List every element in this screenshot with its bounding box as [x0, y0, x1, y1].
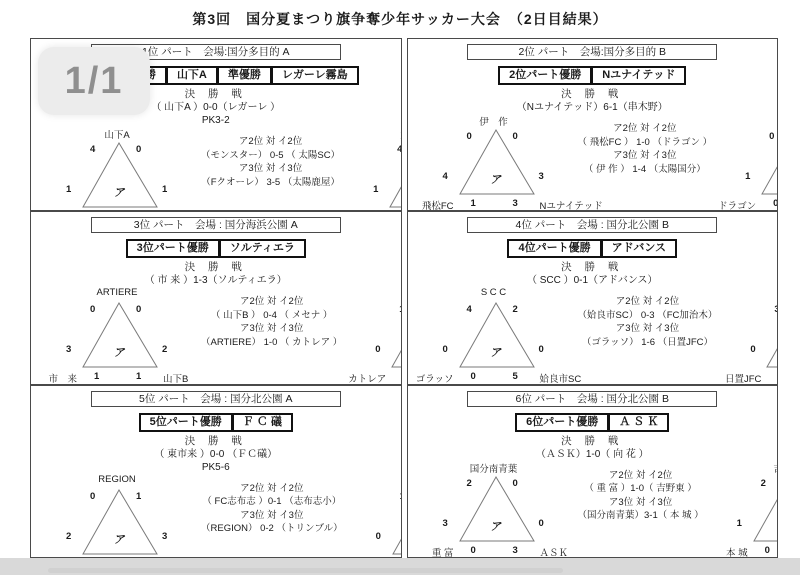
score-mid-left: 3: [443, 518, 448, 529]
score-bottom-left: 0: [773, 198, 778, 209]
triangle-bottom-left-team: 市 来: [48, 371, 77, 384]
triangle-top-team: FC加治木: [717, 287, 778, 301]
triangle-outline-icon: [704, 461, 778, 558]
score-mid-right: 0: [539, 518, 544, 529]
triangle-bottom-left-team: 重 富: [432, 545, 454, 558]
triangle-bottom-left-team: ゴラッソ: [416, 371, 454, 384]
score-mid-right: 0: [539, 344, 544, 355]
score-mid-right: 2: [162, 344, 167, 355]
block-letter: ア: [486, 344, 506, 360]
final-match-title: 決 勝 戦: [561, 261, 623, 274]
score-top-left: 2: [467, 478, 472, 489]
block-letter: ア: [109, 184, 129, 200]
playoff-line-3: ア3位 対 イ3位: [578, 496, 704, 510]
panel-part-4: 4位 パート 会場 : 国分北公園 B 4位パート優勝 アドバンス 決 勝 戦 …: [407, 211, 779, 384]
score-bottom-right: 3: [513, 545, 518, 556]
score-mid-left: 1: [745, 171, 750, 182]
playoff-line-3: ア3位 対 イ3位: [201, 509, 343, 523]
triangle-top-team: メ セ ナ: [342, 287, 401, 301]
document-title: 第3回 国分夏まつり旗争奪少年サッカー大会 （2日目結果）: [0, 9, 800, 29]
triangles-row: 国分南青葉 2 0 3 0 ア 0 3 重 富 ＡＳＫ ア2位 対 イ2位 （ …: [408, 461, 778, 558]
runnerup-label: 準優勝: [218, 66, 272, 85]
champion-label: 4位パート優勝: [507, 239, 601, 258]
triangles-row: S C C 4 2 0 0 ア 0 5 ゴラッソ 姶良市SC ア2位 対 イ2位…: [408, 287, 778, 384]
score-top-right: 2: [513, 304, 518, 315]
triangle-bottom-right-team: ＡＳＫ: [540, 545, 569, 558]
champion-name: Ａ Ｓ Ｋ: [609, 413, 669, 432]
part-header: 4位 パート 会場 : 国分北公園 B: [467, 217, 717, 233]
score-mid-right: 1: [162, 184, 167, 195]
triangle-outline-icon: [410, 114, 578, 211]
playoff-line-3: ア3位 対 イ3位: [201, 322, 342, 336]
triangles-row: 山下A 4 0 1 1 ア 2 1 Fクオーレ モンスター ア2位 対 イ2位 …: [31, 127, 401, 211]
score-mid-left: 0: [376, 531, 381, 542]
round-robin-triangle-a: 伊 作 0 0 4 3 ア 1 3 飛松FC Nユナイテッド: [410, 114, 578, 211]
block-letter: ア: [486, 518, 506, 534]
score-bottom-left: 0: [765, 545, 770, 556]
block-letter: ア: [109, 531, 129, 547]
playoff-line-2: （ 重 富 ）1-0（ 吉野東 ）: [578, 482, 704, 496]
final-match-pk: PK3-2: [202, 114, 230, 127]
playoff-line-3: ア3位 対 イ3位: [201, 162, 340, 176]
playoff-line-3: ア3位 対 イ3位: [578, 322, 718, 336]
triangles-row: ARTIERE 0 0 3 2 ア 1 1 市 来 山下B ア2位 対 イ2位 …: [31, 287, 401, 384]
results-grid: 1位 パート 会場:国分多目的 A 1位パート優勝 山下A 準優勝 レガーレ霧島…: [30, 38, 778, 558]
playoff-line-4: （REGION） 0-2 （トリンブル）: [201, 522, 343, 536]
playoff-line-2: （モンスター） 0-5 （ 太陽SC）: [201, 149, 340, 163]
score-mid-left: 4: [443, 171, 448, 182]
triangle-top-team: S C C: [410, 287, 578, 298]
playoff-results: ア2位 対 イ2位 （姶良市SC） 0-3 （FC加治木） ア3位 対 イ3位 …: [578, 287, 718, 349]
score-mid-left: 1: [66, 184, 71, 195]
triangle-top-team: ARTIERE: [33, 287, 201, 298]
score-top-left: 2: [761, 478, 766, 489]
triangle-bottom-right-team: 姶良市SC: [540, 371, 582, 384]
panel-part-3: 3位 パート 会場 : 国分海浜公園 A 3位パート優勝 ソルティエラ 決 勝 …: [30, 211, 402, 384]
score-top-left: 1: [400, 491, 402, 502]
champion-row: 2位パート優勝 Nユナイテッド: [498, 66, 686, 85]
page-indicator-badge: 1/1: [38, 47, 150, 115]
round-robin-triangle-a: 国分南青葉 2 0 3 0 ア 0 3 重 富 ＡＳＫ: [410, 461, 578, 558]
round-robin-triangle-b: 太陽国分 0 1 1 1 イ 0 4 ドラゴン 串木野: [712, 114, 778, 211]
score-top-left: 0: [90, 304, 95, 315]
triangles-row: REGION 0 1 2 3 ア 1 2 FC志布志 東市来 ア2位 対 イ2位…: [31, 474, 401, 558]
score-mid-right: 3: [539, 171, 544, 182]
score-bottom-left: 1: [94, 371, 99, 382]
triangle-bottom-left-team: ドラゴン: [718, 198, 756, 211]
triangle-outline-icon: [712, 114, 778, 211]
score-mid-left: 0: [443, 344, 448, 355]
triangle-top-team: 伊 作: [410, 114, 578, 128]
triangle-bottom-left-team: 飛松FC: [422, 198, 454, 211]
playoff-line-4: （ 伊 作 ） 1-4 （太陽国分）: [578, 163, 713, 177]
playoff-line-1: ア2位 対 イ2位: [578, 469, 704, 483]
champion-name: Nユナイテッド: [592, 66, 686, 85]
score-bottom-right: 5: [513, 371, 518, 382]
part-header: 6位 パート 会場 : 国分北公園 B: [467, 391, 717, 407]
panel-part-2: 2位 パート 会場:国分多目的 B 2位パート優勝 Nユナイテッド 決 勝 戦 …: [407, 38, 779, 211]
score-top-right: 0: [513, 478, 518, 489]
playoff-results: ア2位 対 イ2位 （ 飛松FC ） 1-0 （ドラゴン ） ア3位 対 イ3位…: [578, 114, 713, 176]
champion-name: ソルティエラ: [220, 239, 306, 258]
score-mid-left: 1: [737, 518, 742, 529]
score-top-left: 3: [774, 304, 778, 315]
score-top-left: 1: [399, 304, 401, 315]
champion-name: Ｆ Ｃ 礒: [233, 413, 293, 432]
round-robin-triangle-a: ARTIERE 0 0 3 2 ア 1 1 市 来 山下B: [33, 287, 201, 384]
triangle-bottom-left-team: 日置JFC: [725, 371, 761, 384]
score-top-right: 0: [136, 144, 141, 155]
playoff-results: ア2位 対 イ2位 （ 重 富 ）1-0（ 吉野東 ） ア3位 対 イ3位 （国…: [578, 461, 704, 523]
triangle-bottom-left-team: カトレア: [348, 371, 386, 384]
block-letter: ア: [109, 344, 129, 360]
score-top-left: 0: [90, 491, 95, 502]
score-top-left: 4: [397, 144, 401, 155]
score-mid-left: 3: [66, 344, 71, 355]
score-mid-left: 2: [66, 531, 71, 542]
score-top-right: 1: [136, 491, 141, 502]
champion-row: 6位パート優勝 Ａ Ｓ Ｋ: [515, 413, 669, 432]
round-robin-triangle-a: S C C 4 2 0 0 ア 0 5 ゴラッソ 姶良市SC: [410, 287, 578, 384]
final-match-score: （ＡＳＫ）1-0（ 向 花 ）: [536, 448, 649, 461]
final-match-score: （ SCC ）0-1（アドバンス）: [527, 274, 658, 287]
triangle-top-team: 山下A: [33, 127, 201, 141]
triangle-outline-icon: [33, 287, 201, 384]
champion-name: 山下A: [167, 66, 218, 85]
score-top-left: 4: [90, 144, 95, 155]
playoff-line-1: ア2位 対 イ2位: [201, 135, 340, 149]
final-match-title: 決 勝 戦: [185, 261, 247, 274]
round-robin-triangle-a: 山下A 4 0 1 1 ア 2 1 Fクオーレ モンスター: [33, 127, 201, 211]
score-mid-left: 0: [375, 344, 380, 355]
runnerup-name: レガーレ霧島: [272, 66, 359, 85]
round-robin-triangle-b: メ セ ナ 1 1 0 2 イ 0 2 カトレア ソルティエラ: [342, 287, 401, 384]
triangle-outline-icon: [410, 287, 578, 384]
score-bottom-right: 3: [513, 198, 518, 209]
score-top-left: 0: [769, 131, 774, 142]
round-robin-triangle-b: 吉野東 2 1 1 2 イ 0 3 本 城 向 花: [704, 461, 778, 558]
panel-part-6: 6位 パート 会場 : 国分北公園 B 6位パート優勝 Ａ Ｓ Ｋ 決 勝 戦 …: [407, 385, 779, 558]
triangle-bottom-right-team: Nユナイテッド: [540, 198, 603, 211]
final-match-score: （ 市 来 ）1-3（ソルティエラ）: [145, 274, 287, 287]
playoff-line-2: （ 山下B ） 0-4 （ メセナ ）: [201, 309, 342, 323]
champion-row: 5位パート優勝 Ｆ Ｃ 礒: [139, 413, 293, 432]
triangle-top-team: 吉野東: [704, 461, 778, 475]
playoff-line-2: （ 飛松FC ） 1-0 （ドラゴン ）: [578, 136, 713, 150]
triangle-outline-icon: [410, 461, 578, 558]
playoff-line-4: （国分南青葉）3-1（ 本 城 ）: [578, 509, 704, 523]
part-header: 5位 パート 会場 : 国分北公園 A: [91, 391, 341, 407]
playoff-results: ア2位 対 イ2位 （ 山下B ） 0-4 （ メセナ ） ア3位 対 イ3位 …: [201, 287, 342, 349]
playoff-results: ア2位 対 イ2位 （モンスター） 0-5 （ 太陽SC） ア3位 対 イ3位 …: [201, 127, 340, 189]
score-top-left: 0: [467, 131, 472, 142]
triangle-top-team: REGION: [33, 474, 201, 485]
part-header: 2位 パート 会場:国分多目的 B: [467, 44, 717, 60]
triangle-top-team: 太陽鹿児島: [340, 127, 401, 141]
playoff-line-1: ア2位 対 イ2位: [201, 295, 342, 309]
triangle-top-team: 国分南青葉: [410, 461, 578, 475]
champion-name: アドバンス: [602, 239, 677, 258]
score-mid-left: 0: [750, 344, 755, 355]
champion-label: 3位パート優勝: [126, 239, 220, 258]
final-match-score: （Nユナイテッド）6-1（串木野）: [517, 101, 668, 114]
playoff-line-2: （姶良市SC） 0-3 （FC加治木）: [578, 309, 718, 323]
next-page-edge: [48, 568, 563, 573]
playoff-line-4: （ARTIERE） 1-0 （ カトレア ）: [201, 336, 342, 350]
score-bottom-left: 0: [471, 371, 476, 382]
score-bottom-left: 1: [471, 198, 476, 209]
champion-row: 3位パート優勝 ソルティエラ: [126, 239, 306, 258]
score-mid-right: 3: [162, 531, 167, 542]
round-robin-triangle-b: 太陽鹿児島 4 1 1 2 イ 0 1 太陽鹿屋 レガーレ: [340, 127, 401, 211]
triangle-outline-icon: [717, 287, 778, 384]
score-mid-left: 1: [373, 184, 378, 195]
triangle-outline-icon: [342, 287, 401, 384]
triangle-top-team: 太陽国分: [712, 114, 778, 128]
playoff-results: ア2位 対 イ2位 （ FC志布志 ）0-1 （志布志小） ア3位 対 イ3位 …: [201, 474, 343, 536]
playoff-line-4: （ゴラッソ） 1-6 （日置JFC）: [578, 336, 718, 350]
champion-row: 4位パート優勝 アドバンス: [507, 239, 677, 258]
playoff-line-2: （ FC志布志 ）0-1 （志布志小）: [201, 495, 343, 509]
champion-label: 5位パート優勝: [139, 413, 233, 432]
champion-label: 2位パート優勝: [498, 66, 592, 85]
round-robin-triangle-b: FC加治木 3 0 0 2 イ 0 2 日置JFC アドバンス: [717, 287, 778, 384]
score-top-right: 0: [513, 131, 518, 142]
final-match-pk: PK5-6: [202, 461, 230, 474]
panel-part-5: 5位 パート 会場 : 国分北公園 A 5位パート優勝 Ｆ Ｃ 礒 決 勝 戦 …: [30, 385, 402, 558]
score-bottom-left: 0: [471, 545, 476, 556]
round-robin-triangle-a: REGION 0 1 2 3 ア 1 2 FC志布志 東市来: [33, 474, 201, 558]
triangle-top-team: FC礒: [343, 474, 402, 488]
score-bottom-right: 1: [136, 371, 141, 382]
playoff-line-3: ア3位 対 イ3位: [578, 149, 713, 163]
playoff-line-1: ア2位 対 イ2位: [201, 482, 343, 496]
final-match-title: 決 勝 戦: [185, 435, 247, 448]
final-match-title: 決 勝 戦: [561, 435, 623, 448]
final-match-score: （ 東市来 ）0-0 （ＦＣ礒）: [154, 448, 277, 461]
block-letter: ア: [486, 171, 506, 187]
score-top-right: 0: [136, 304, 141, 315]
final-match-score: （ 山下A ）0-0（レガーレ ）: [151, 101, 280, 114]
part-header: 3位 パート 会場 : 国分海浜公園 A: [91, 217, 341, 233]
final-match-title: 決 勝 戦: [561, 88, 623, 101]
triangle-bottom-left-team: 本 城: [726, 545, 748, 558]
playoff-line-4: （Fクオーレ） 3-5 （太陽鹿屋）: [201, 176, 340, 190]
final-match-title: 決 勝 戦: [185, 88, 247, 101]
champion-label: 6位パート優勝: [515, 413, 609, 432]
triangle-bottom-right-team: 山下B: [163, 371, 188, 384]
triangles-row: 伊 作 0 0 4 3 ア 1 3 飛松FC Nユナイテッド ア2位 対 イ2位…: [408, 114, 778, 211]
playoff-line-1: ア2位 対 イ2位: [578, 122, 713, 136]
playoff-line-1: ア2位 対 イ2位: [578, 295, 718, 309]
score-top-left: 4: [467, 304, 472, 315]
round-robin-triangle-b: FC礒 1 2 0 0 イ 0 1 志布志小 トリンブル: [343, 474, 402, 558]
